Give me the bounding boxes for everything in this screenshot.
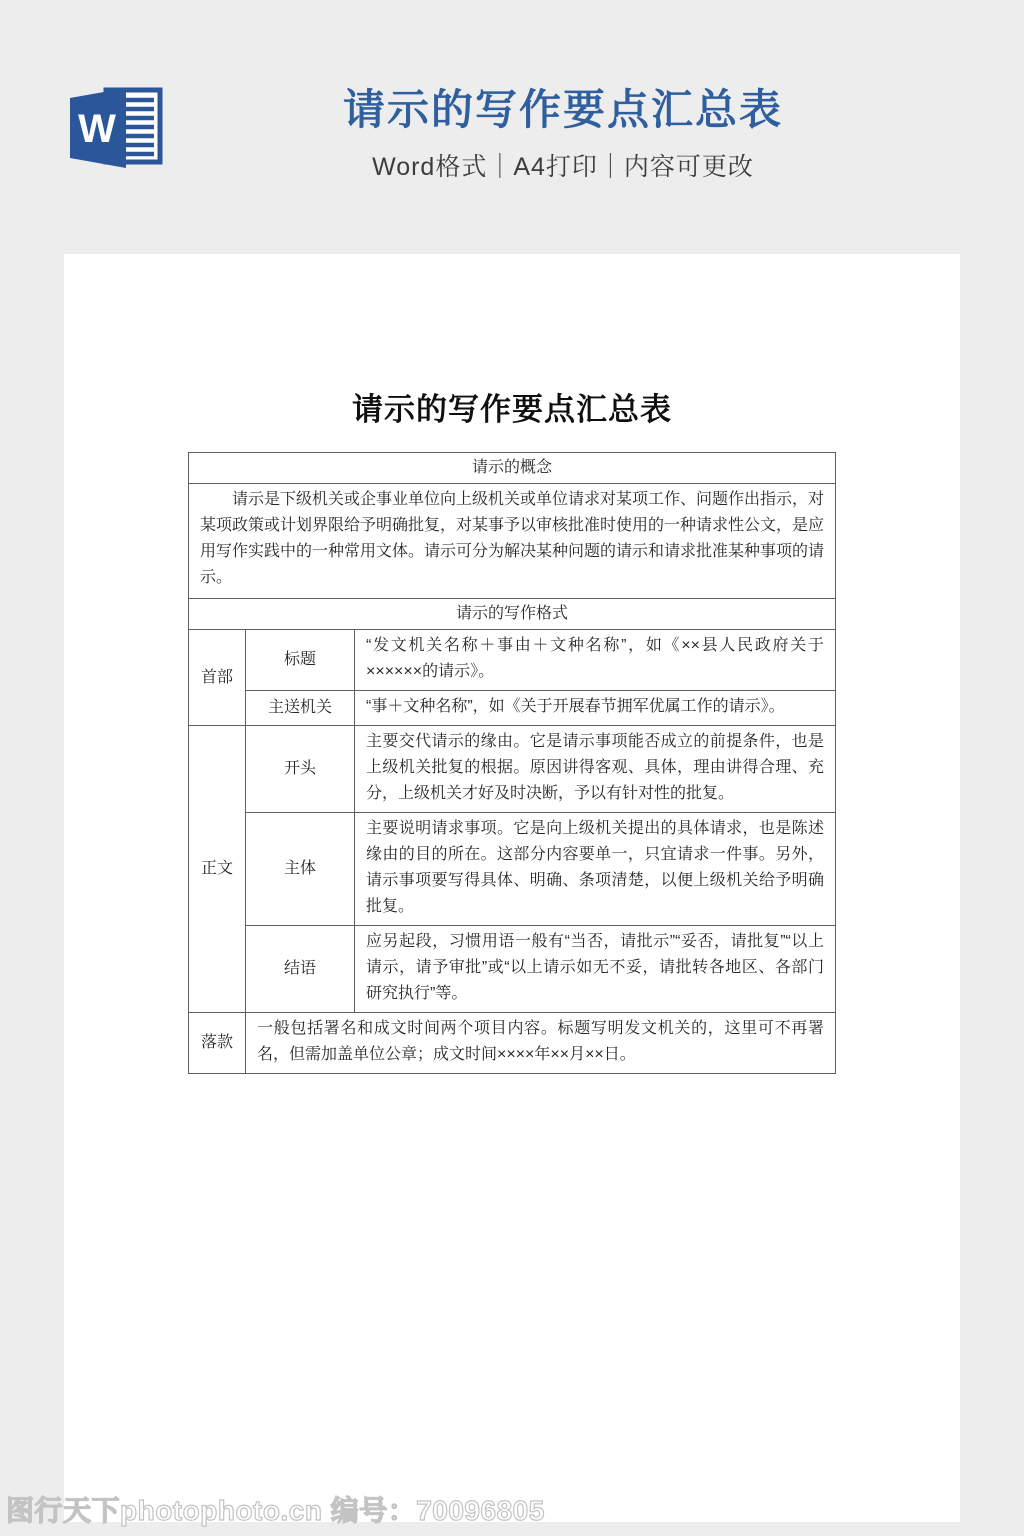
format-header-cell: 请示的写作格式 bbox=[189, 599, 836, 630]
table-row-opening: 正文 开头 主要交代请示的缘由。它是请示事项能否成立的前提条件，也是上级机关批复… bbox=[189, 726, 836, 813]
template-subtitle: Word格式｜A4打印｜内容可更改 bbox=[166, 147, 960, 183]
label-cell-biaoti: 标题 bbox=[246, 630, 355, 691]
template-title: 请示的写作要点汇总表 bbox=[166, 86, 960, 134]
table-row-concept-header: 请示的概念 bbox=[189, 453, 836, 484]
summary-table: 请示的概念 请示是下级机关或企事业单位向上级机关或单位请求对某项工作、问题作出指… bbox=[188, 452, 836, 1074]
group-cell-shoubu: 首部 bbox=[189, 630, 246, 726]
text-cell-kaitou: 主要交代请示的缘由。它是请示事项能否成立的前提条件，也是上级机关批复的根据。原因… bbox=[355, 726, 836, 813]
table-row-title: 首部 标题 “发文机关名称＋事由＋文种名称”，如《××县人民政府关于××××××… bbox=[189, 630, 836, 691]
table-row-format-header: 请示的写作格式 bbox=[189, 599, 836, 630]
text-cell-zhusongjiguan: “事＋文种名称”，如《关于开展春节拥军优属工作的请示》。 bbox=[355, 691, 836, 726]
text-cell-luokuan: 一般包括署名和成文时间两个项目内容。标题写明发文机关的，这里可不再署名，但需加盖… bbox=[246, 1013, 836, 1074]
word-logo-letter: W bbox=[78, 107, 116, 151]
table-row-main-recipient: 主送机关 “事＋文种名称”，如《关于开展春节拥军优属工作的请示》。 bbox=[189, 691, 836, 726]
label-cell-zhusongjiguan: 主送机关 bbox=[246, 691, 355, 726]
header-text-block: 请示的写作要点汇总表 Word格式｜A4打印｜内容可更改 bbox=[166, 84, 960, 183]
label-cell-kaitou: 开头 bbox=[246, 726, 355, 813]
document-page: 请示的写作要点汇总表 请示的概念 请示是下级机关或企事业单位向上级机关或单位请求… bbox=[64, 254, 960, 1522]
watermark-text: 图行天下photophoto.cn 编号：70096805 bbox=[6, 1489, 545, 1529]
text-cell-biaoti: “发文机关名称＋事由＋文种名称”，如《××县人民政府关于××××××的请示》。 bbox=[355, 630, 836, 691]
group-cell-luokuan: 落款 bbox=[189, 1013, 246, 1074]
text-cell-zhuti: 主要说明请求事项。它是向上级机关提出的具体请求，也是陈述缘由的目的所在。这部分内… bbox=[355, 813, 836, 926]
document-title: 请示的写作要点汇总表 bbox=[64, 254, 960, 429]
table-row-closing: 结语 应另起段，习惯用语一般有“当否，请批示”“妥否，请批复”“以上请示，请予审… bbox=[189, 926, 836, 1013]
label-cell-zhuti: 主体 bbox=[246, 813, 355, 926]
concept-header-cell: 请示的概念 bbox=[189, 453, 836, 484]
table-row-concept-text: 请示是下级机关或企事业单位向上级机关或单位请求对某项工作、问题作出指示，对某项政… bbox=[189, 484, 836, 599]
text-cell-jieyu: 应另起段，习惯用语一般有“当否，请批示”“妥否，请批复”“以上请示，请予审批”或… bbox=[355, 926, 836, 1013]
concept-text-cell: 请示是下级机关或企事业单位向上级机关或单位请求对某项工作、问题作出指示，对某项政… bbox=[189, 484, 836, 599]
table-row-body: 主体 主要说明请求事项。它是向上级机关提出的具体请求，也是陈述缘由的目的所在。这… bbox=[189, 813, 836, 926]
group-cell-zhengwen: 正文 bbox=[189, 726, 246, 1013]
label-cell-jieyu: 结语 bbox=[246, 926, 355, 1013]
word-logo-icon: W bbox=[64, 84, 166, 172]
table-row-signature: 落款 一般包括署名和成文时间两个项目内容。标题写明发文机关的，这里可不再署名，但… bbox=[189, 1013, 836, 1074]
template-header: W 请示的写作要点汇总表 Word格式｜A4打印｜内容可更改 bbox=[64, 84, 960, 183]
